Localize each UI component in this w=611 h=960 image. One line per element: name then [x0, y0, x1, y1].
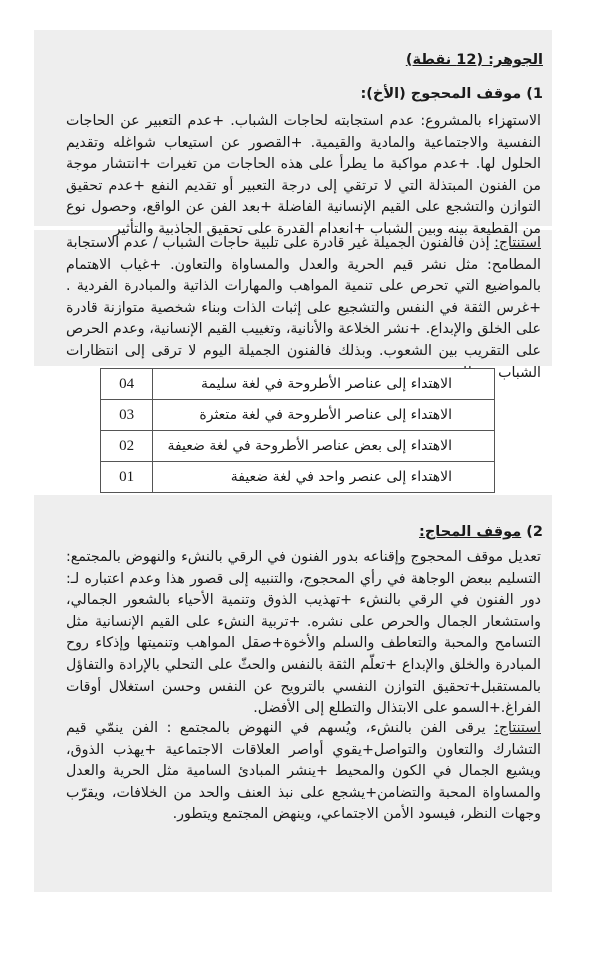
criterion-cell: الاهتداء إلى عناصر الأطروحة في لغة سليمة: [153, 369, 495, 400]
table-row: الاهتداء إلى عنصر واحد في لغة ضعيفة 01: [101, 462, 495, 493]
part2-paragraph: تعديل موقف المحجوج وإقناعه بدور الفنون ف…: [66, 547, 541, 720]
score-cell: 03: [101, 400, 153, 431]
part2-heading: 2) موقف المحاج:: [419, 524, 543, 540]
section-title: الجوهر: (12 نقطة): [406, 52, 543, 68]
part2-conclusion: استنتاج: يرقى الفن بالنشء، ويُسهم في الن…: [66, 718, 541, 826]
part1-paragraph: الاستهزاء بالمشروع: عدم استجابته لحاجات …: [66, 111, 541, 241]
conclusion-text: إذن فالفنون الجميلة غير قادرة على تلبية …: [66, 235, 541, 381]
part1-conclusion: استنتاج: إذن فالفنون الجميلة غير قادرة ع…: [66, 233, 541, 384]
conclusion-label: استنتاج:: [494, 235, 541, 251]
part2-heading-number: 2): [521, 524, 543, 540]
conclusion-label: استنتاج:: [494, 720, 541, 736]
table-row: الاهتداء إلى عناصر الأطروحة في لغة سليمة…: [101, 369, 495, 400]
part2-heading-label: موقف المحاج:: [419, 524, 521, 540]
criterion-cell: الاهتداء إلى عنصر واحد في لغة ضعيفة: [153, 462, 495, 493]
table-row: الاهتداء إلى بعض عناصر الأطروحة في لغة ض…: [101, 431, 495, 462]
table-row: الاهتداء إلى عناصر الأطروحة في لغة متعثر…: [101, 400, 495, 431]
score-cell: 02: [101, 431, 153, 462]
criterion-cell: الاهتداء إلى عناصر الأطروحة في لغة متعثر…: [153, 400, 495, 431]
criterion-cell: الاهتداء إلى بعض عناصر الأطروحة في لغة ض…: [153, 431, 495, 462]
grading-table: الاهتداء إلى عناصر الأطروحة في لغة سليمة…: [100, 368, 495, 493]
conclusion-text: يرقى الفن بالنشء، ويُسهم في النهوض بالمج…: [66, 720, 541, 822]
score-cell: 04: [101, 369, 153, 400]
score-cell: 01: [101, 462, 153, 493]
part1-heading: 1) موقف المحجوج (الأخ):: [360, 86, 543, 102]
